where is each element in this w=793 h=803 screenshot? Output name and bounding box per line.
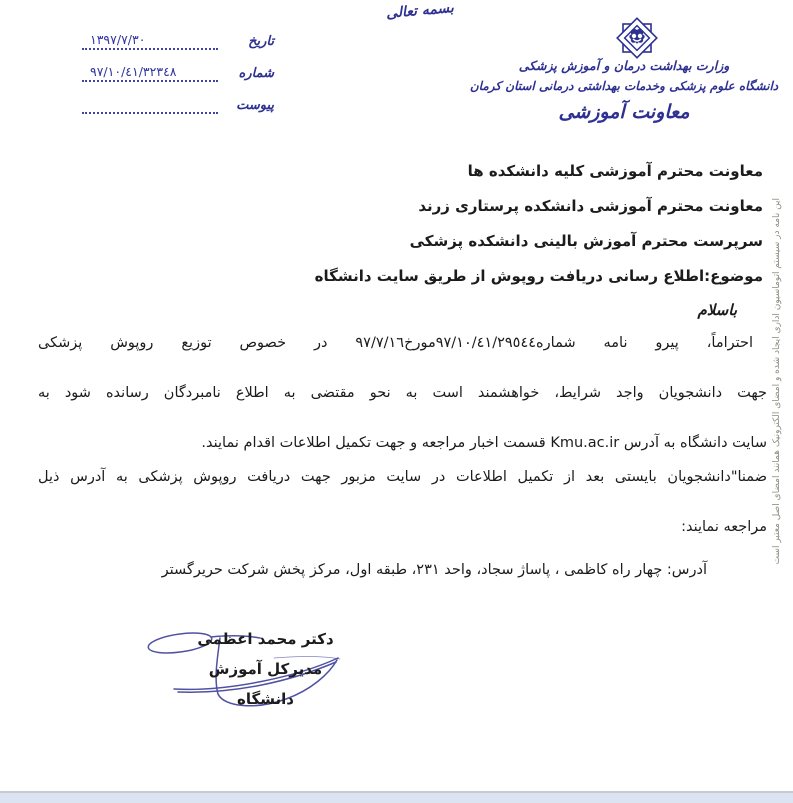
letter-page: بسمه تعالی تاریخ ۱۳۹۷/۷/۳۰ شماره ۹۷/۱۰/٤… — [0, 0, 793, 803]
department-name: معاونت آموزشی — [468, 98, 780, 126]
ministry-name: وزارت بهداشت درمان و آموزش پزشکی — [468, 56, 780, 76]
body-line: احتراماً، پیرو نامه شماره۹۷/۱۰/٤۱/۲۹٥٤٤م… — [38, 318, 767, 368]
signature-block: دکتر محمد اعظمی مدیرکل آموزش دانشگاه — [188, 624, 343, 714]
attachment-field-row: پیوست — [82, 82, 274, 114]
number-label: شماره — [230, 66, 274, 82]
bismillah-text: بسمه تعالی — [385, 0, 476, 22]
automation-validity-note: این نامه در سیستم اتوماسیون اداری ایجاد … — [772, 198, 786, 558]
letter-meta-fields: تاریخ ۱۳۹۷/۷/۳۰ شماره ۹۷/۱۰/٤۱/۳۲۳٤۸ پیو… — [82, 18, 274, 114]
date-dotted-line: ۱۳۹۷/۷/۳۰ — [82, 30, 218, 50]
recipient-list: معاونت محترم آموزشی کلیه دانشکده هامعاون… — [40, 154, 763, 259]
date-label: تاریخ — [230, 34, 274, 50]
body-line: مراجعه نمایند: — [38, 502, 767, 552]
letterhead-block: وزارت بهداشت درمان و آموزش پزشکی دانشگاه… — [468, 56, 780, 126]
attachment-label: پیوست — [230, 98, 274, 114]
subject-line: موضوع:اطلاع رسانی دریافت روپوش از طریق س… — [40, 259, 763, 293]
recipient-line: سرپرست محترم آموزش بالینی دانشکده پزشکی — [40, 224, 763, 259]
body-line: ضمنا"دانشجویان بایستی بعد از تکمیل اطلاع… — [38, 452, 767, 502]
date-field-row: تاریخ ۱۳۹۷/۷/۳۰ — [82, 18, 274, 50]
window-footer-bar — [0, 791, 793, 803]
body-line: جهت دانشجویان واجد شرایط، خواهشمند است ب… — [38, 368, 767, 418]
number-dotted-line: ۹۷/۱۰/٤۱/۳۲۳٤۸ — [82, 62, 218, 82]
date-value: ۱۳۹۷/۷/۳۰ — [90, 32, 145, 47]
number-field-row: شماره ۹۷/۱۰/٤۱/۳۲۳٤۸ — [82, 50, 274, 82]
letter-body: احتراماً، پیرو نامه شماره۹۷/۱۰/٤۱/۲۹٥٤٤م… — [38, 318, 767, 588]
university-name: دانشگاه علوم پزشکی وخدمات بهداشتی درمانی… — [468, 76, 780, 96]
signatory-name: دکتر محمد اعظمی — [188, 624, 343, 654]
recipient-line: معاونت محترم آموزشی دانشکده پرستاری زرند — [40, 189, 763, 224]
recipients-block: معاونت محترم آموزشی کلیه دانشکده هامعاون… — [40, 154, 763, 327]
attachment-dotted-line — [82, 94, 218, 114]
signatory-title: مدیرکل آموزش دانشگاه — [188, 654, 343, 714]
body-line: آدرس: چهار راه کاظمی ، پاساژ سجاد، واحد … — [38, 552, 767, 588]
number-value: ۹۷/۱۰/٤۱/۳۲۳٤۸ — [90, 64, 177, 79]
recipient-line: معاونت محترم آموزشی کلیه دانشکده ها — [40, 154, 763, 189]
